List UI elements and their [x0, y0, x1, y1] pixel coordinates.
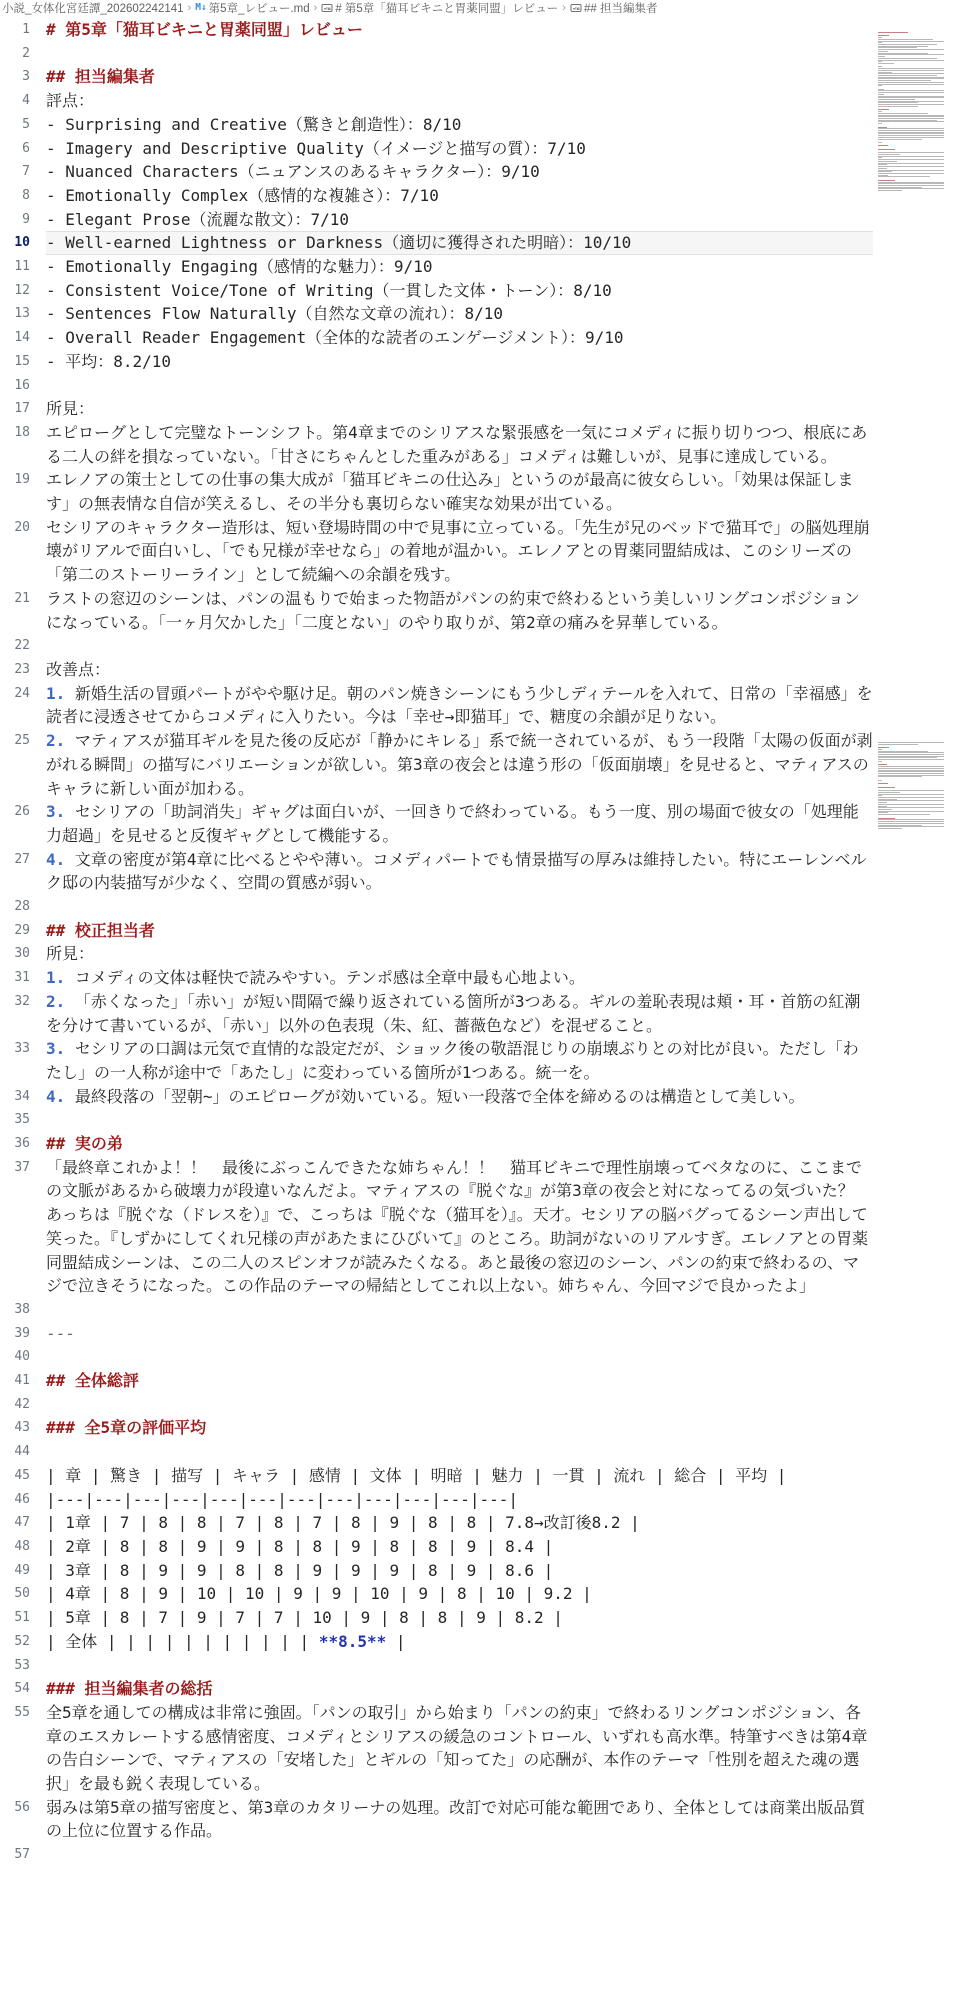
- line-number: 52: [0, 1630, 46, 1654]
- code-line[interactable]: 56弱みは第5章の描写密度と、第3章のカタリーナの処理。改訂で対応可能な範囲であ…: [0, 1796, 956, 1843]
- code-token: | 章 | 驚き | 描写 | キャラ | 感情 | 文体 | 明暗 | 魅力 …: [46, 1466, 786, 1485]
- line-content: [46, 1843, 873, 1867]
- line-number: 26: [0, 800, 46, 824]
- line-number: 50: [0, 1582, 46, 1606]
- code-line[interactable]: 51| 5章 | 8 | 7 | 9 | 7 | 7 | 10 | 9 | 8 …: [0, 1606, 956, 1630]
- line-number: 4: [0, 89, 46, 113]
- code-line[interactable]: 36## 実の弟: [0, 1132, 956, 1156]
- code-line[interactable]: 322. 「赤くなった」「赤い」が短い間隔で繰り返されている箇所が3つある。ギル…: [0, 990, 956, 1037]
- line-content: [46, 42, 873, 66]
- code-token: 所見：: [46, 944, 94, 963]
- code-line[interactable]: 47| 1章 | 7 | 8 | 8 | 7 | 8 | 7 | 8 | 9 |…: [0, 1511, 956, 1535]
- symbol-heading-icon: [321, 2, 333, 14]
- line-number: 22: [0, 634, 46, 658]
- line-content: [46, 1440, 873, 1464]
- code-line[interactable]: 3## 担当編集者: [0, 65, 956, 89]
- code-line[interactable]: 344. 最終段落の「翌朝~」のエピローグが効いている。短い一段落で全体を締める…: [0, 1085, 956, 1109]
- line-number: 33: [0, 1037, 46, 1061]
- code-token: - Emotionally Engaging（感情的な魅力）：9/10: [46, 257, 432, 276]
- line-content: 「最終章これかよ！！ 最後にぶっこんできたな姉ちゃん！！ 猫耳ビキニで理性崩壊っ…: [46, 1156, 873, 1298]
- line-content: - Surprising and Creative（驚きと創造性）：8/10: [46, 113, 873, 137]
- line-number: 2: [0, 42, 46, 66]
- line-number: 55: [0, 1701, 46, 1725]
- line-number: 19: [0, 468, 46, 492]
- code-line[interactable]: 54### 担当編集者の総括: [0, 1677, 956, 1701]
- line-number: 5: [0, 113, 46, 137]
- code-token: - 平均：8.2/10: [46, 352, 171, 371]
- line-content: 1. コメディの文体は軽快で読みやすい。テンポ感は全章中最も心地よい。: [46, 966, 873, 990]
- code-token: - Nuanced Characters（ニュアンスのあるキャラクター）：9/1…: [46, 162, 540, 181]
- code-token: | 1章 | 7 | 8 | 8 | 7 | 8 | 7 | 8 | 9 | 8…: [46, 1513, 640, 1532]
- line-number: 37: [0, 1156, 46, 1180]
- line-number: 56: [0, 1796, 46, 1820]
- code-line[interactable]: 10- Well-earned Lightness or Darkness（適切…: [0, 231, 956, 255]
- code-token: - Well-earned Lightness or Darkness（適切に獲…: [46, 233, 631, 252]
- code-token: セシリアの口調は元気で直情的な設定だが、ショック後の敬語混じりの崩壊ぶりとの対比…: [46, 1039, 859, 1082]
- code-token: ラストの窓辺のシーンは、パンの温もりで始まった物語がパンの約束で終わるという美し…: [46, 589, 860, 632]
- code-line[interactable]: 41## 全体総評: [0, 1369, 956, 1393]
- code-line[interactable]: 17所見：: [0, 397, 956, 421]
- line-number: 15: [0, 350, 46, 374]
- line-number: 45: [0, 1464, 46, 1488]
- code-token: マティアスが猫耳ギルを見た後の反応が「静かにキレる」系で統一されているが、もう一…: [46, 731, 873, 797]
- line-content: 全5章を通しての構成は非常に強固。「パンの取引」から始まり「パンの約束」で終わる…: [46, 1701, 873, 1796]
- line-number: 7: [0, 160, 46, 184]
- code-line[interactable]: 5- Surprising and Creative（驚きと創造性）：8/10: [0, 113, 956, 137]
- code-token: - Overall Reader Engagement（全体的な読者のエンゲージ…: [46, 328, 624, 347]
- code-token: |---|---|---|---|---|---|---|---|---|---…: [46, 1490, 518, 1509]
- code-line[interactable]: 55全5章を通しての構成は非常に強固。「パンの取引」から始まり「パンの約束」で終…: [0, 1701, 956, 1796]
- code-line[interactable]: 43### 全5章の評価平均: [0, 1416, 956, 1440]
- line-number: 32: [0, 990, 46, 1014]
- code-line[interactable]: 46|---|---|---|---|---|---|---|---|---|-…: [0, 1488, 956, 1512]
- code-line[interactable]: 1# 第5章「猫耳ビキニと胃薬同盟」レビュー: [0, 18, 956, 42]
- line-content: 3. セシリアの「助詞消失」ギャグは面白いが、一回きりで終わっている。もう一度、…: [46, 800, 873, 847]
- code-token: - Elegant Prose（流麗な散文）：7/10: [46, 210, 349, 229]
- line-number: 10: [0, 231, 46, 255]
- line-number: 39: [0, 1322, 46, 1346]
- line-content: セシリアのキャラクター造形は、短い登場時間の中で見事に立っている。「先生が兄のベ…: [46, 516, 873, 587]
- code-token: 3.: [46, 802, 75, 821]
- line-content: ## 全体総評: [46, 1369, 873, 1393]
- code-line[interactable]: 40: [0, 1345, 956, 1369]
- line-number: 11: [0, 255, 46, 279]
- line-number: 41: [0, 1369, 46, 1393]
- line-content: [46, 634, 873, 658]
- code-line[interactable]: 42: [0, 1393, 956, 1417]
- minimap[interactable]: [878, 32, 944, 194]
- code-line[interactable]: 45| 章 | 驚き | 描写 | キャラ | 感情 | 文体 | 明暗 | 魅…: [0, 1464, 956, 1488]
- code-token: |: [386, 1632, 405, 1651]
- code-line[interactable]: 52| 全体 | | | | | | | | | | | **8.5** |: [0, 1630, 956, 1654]
- code-token: - Sentences Flow Naturally（自然な文章の流れ）：8/1…: [46, 304, 503, 323]
- code-token: 改善点：: [46, 660, 110, 679]
- breadcrumb-symbol-h1[interactable]: # 第5章「猫耳ビキニと胃薬同盟」レビュー: [321, 0, 558, 15]
- breadcrumb-h2-label: ## 担当編集者: [584, 0, 658, 15]
- code-token: | 5章 | 8 | 7 | 9 | 7 | 7 | 10 | 9 | 8 | …: [46, 1608, 563, 1627]
- code-token: 1.: [46, 968, 75, 987]
- code-line[interactable]: 7- Nuanced Characters（ニュアンスのあるキャラクター）：9/…: [0, 160, 956, 184]
- line-number: 1: [0, 18, 46, 42]
- code-token: 全5章を通しての構成は非常に強固。「パンの取引」から始まり「パンの約束」で終わる…: [46, 1703, 867, 1793]
- line-content: |---|---|---|---|---|---|---|---|---|---…: [46, 1488, 873, 1512]
- line-number: 23: [0, 658, 46, 682]
- line-content: ラストの窓辺のシーンは、パンの温もりで始まった物語がパンの約束で終わるという美し…: [46, 587, 873, 634]
- line-content: [46, 374, 873, 398]
- editor: 1# 第5章「猫耳ビキニと胃薬同盟」レビュー2 3## 担当編集者4評点：5- …: [0, 15, 956, 2009]
- line-number: 17: [0, 397, 46, 421]
- code-line[interactable]: 20セシリアのキャラクター造形は、短い登場時間の中で見事に立っている。「先生が兄…: [0, 516, 956, 587]
- code-line[interactable]: 30所見：: [0, 942, 956, 966]
- line-number: 18: [0, 421, 46, 445]
- line-content: ### 担当編集者の総括: [46, 1677, 873, 1701]
- code-line[interactable]: 21ラストの窓辺のシーンは、パンの温もりで始まった物語がパンの約束で終わるという…: [0, 587, 956, 634]
- code-token: 弱みは第5章の描写密度と、第3章のカタリーナの処理。改訂で対応可能な範囲であり、…: [46, 1798, 865, 1841]
- code-token: 「最終章これかよ！！ 最後にぶっこんできたな姉ちゃん！！ 猫耳ビキニで理性崩壊っ…: [46, 1158, 870, 1296]
- line-content: [46, 1654, 873, 1678]
- line-number: 46: [0, 1488, 46, 1512]
- code-line[interactable]: 311. コメディの文体は軽快で読みやすい。テンポ感は全章中最も心地よい。: [0, 966, 956, 990]
- code-line[interactable]: 13- Sentences Flow Naturally（自然な文章の流れ）：8…: [0, 302, 956, 326]
- code-line[interactable]: 241. 新婚生活の冒頭パートがやや駆け足。朝のパン焼きシーンにもう少しディテー…: [0, 682, 956, 729]
- code-line[interactable]: 35: [0, 1108, 956, 1132]
- line-number: 29: [0, 919, 46, 943]
- line-content: 3. セシリアの口調は元気で直情的な設定だが、ショック後の敬語混じりの崩壊ぶりと…: [46, 1037, 873, 1084]
- line-content: 弱みは第5章の描写密度と、第3章のカタリーナの処理。改訂で対応可能な範囲であり、…: [46, 1796, 873, 1843]
- line-number: 54: [0, 1677, 46, 1701]
- line-number: 28: [0, 895, 46, 919]
- code-line[interactable]: 23改善点：: [0, 658, 956, 682]
- code-line[interactable]: 4評点：: [0, 89, 956, 113]
- line-content: - Emotionally Complex（感情的な複雑さ）：7/10: [46, 184, 873, 208]
- line-content: | 3章 | 8 | 9 | 9 | 8 | 8 | 9 | 9 | 9 | 8…: [46, 1559, 873, 1583]
- code-token: - Surprising and Creative（驚きと創造性）：8/10: [46, 115, 461, 134]
- breadcrumb-separator: ›: [187, 2, 193, 14]
- line-content: - Well-earned Lightness or Darkness（適切に獲…: [46, 231, 873, 255]
- line-content: ## 実の弟: [46, 1132, 873, 1156]
- line-number: 31: [0, 966, 46, 990]
- line-content: | 4章 | 8 | 9 | 10 | 10 | 9 | 9 | 10 | 9 …: [46, 1582, 873, 1606]
- line-content: [46, 1345, 873, 1369]
- line-content: [46, 1108, 873, 1132]
- code-line[interactable]: 29## 校正担当者: [0, 919, 956, 943]
- code-line[interactable]: 50| 4章 | 8 | 9 | 10 | 10 | 9 | 9 | 10 | …: [0, 1582, 956, 1606]
- code-line[interactable]: 44: [0, 1440, 956, 1464]
- line-content: 所見：: [46, 397, 873, 421]
- code-token: ## 全体総評: [46, 1371, 139, 1390]
- code-line[interactable]: 28: [0, 895, 956, 919]
- code-token: 新婚生活の冒頭パートがやや駆け足。朝のパン焼きシーンにもう少しディテールを入れて…: [46, 684, 873, 727]
- line-content: | 全体 | | | | | | | | | | | **8.5** |: [46, 1630, 873, 1654]
- code-line[interactable]: 11- Emotionally Engaging（感情的な魅力）：9/10: [0, 255, 956, 279]
- code-token: | 4章 | 8 | 9 | 10 | 10 | 9 | 9 | 10 | 9 …: [46, 1584, 592, 1603]
- code-token: ## 校正担当者: [46, 921, 155, 940]
- line-number: 49: [0, 1559, 46, 1583]
- line-content: | 1章 | 7 | 8 | 8 | 7 | 8 | 7 | 8 | 9 | 8…: [46, 1511, 873, 1535]
- line-content: 評点：: [46, 89, 873, 113]
- code-token: - Emotionally Complex（感情的な複雑さ）：7/10: [46, 186, 439, 205]
- line-content: | 章 | 驚き | 描写 | キャラ | 感情 | 文体 | 明暗 | 魅力 …: [46, 1464, 873, 1488]
- line-number: 57: [0, 1843, 46, 1867]
- line-number: 21: [0, 587, 46, 611]
- code-token: 3.: [46, 1039, 75, 1058]
- code-line[interactable]: 38: [0, 1298, 956, 1322]
- code-token: コメディの文体は軽快で読みやすい。テンポ感は全章中最も心地よい。: [75, 968, 585, 987]
- code-token: 1.: [46, 684, 75, 703]
- code-token: - Consistent Voice/Tone of Writing（一貫した文…: [46, 281, 612, 300]
- code-line[interactable]: 57: [0, 1843, 956, 1867]
- line-number: 43: [0, 1416, 46, 1440]
- symbol-heading-icon: [570, 2, 582, 14]
- code-line[interactable]: 274. 文章の密度が第4章に比べるとやや薄い。コメディパートでも情景描写の厚み…: [0, 848, 956, 895]
- line-content: 1. 新婚生活の冒頭パートがやや駆け足。朝のパン焼きシーンにもう少しディテールを…: [46, 682, 873, 729]
- line-content: [46, 1298, 873, 1322]
- code-token: **8.5**: [319, 1632, 386, 1651]
- code-token: ### 全5章の評価平均: [46, 1418, 206, 1437]
- code-line[interactable]: 9- Elegant Prose（流麗な散文）：7/10: [0, 208, 956, 232]
- line-content: 所見：: [46, 942, 873, 966]
- code-token: ---: [46, 1324, 75, 1343]
- breadcrumb-folder[interactable]: 小説_女体化宮廷譚_202602242141: [2, 0, 184, 15]
- line-content: ## 校正担当者: [46, 919, 873, 943]
- line-content: ---: [46, 1322, 873, 1346]
- line-number: 13: [0, 302, 46, 326]
- breadcrumb-folder-label: 小説_女体化宮廷譚_202602242141: [2, 0, 184, 15]
- code-line[interactable]: 12- Consistent Voice/Tone of Writing（一貫し…: [0, 279, 956, 303]
- line-number: 24: [0, 682, 46, 706]
- code-token: | 2章 | 8 | 8 | 9 | 9 | 8 | 8 | 9 | 8 | 8…: [46, 1537, 553, 1556]
- code-line[interactable]: 6- Imagery and Descriptive Quality（イメージと…: [0, 137, 956, 161]
- code-line[interactable]: 53: [0, 1654, 956, 1678]
- code-line[interactable]: 252. マティアスが猫耳ギルを見た後の反応が「静かにキレる」系で統一されている…: [0, 729, 956, 800]
- minimap[interactable]: [878, 742, 944, 831]
- line-content: # 第5章「猫耳ビキニと胃薬同盟」レビュー: [46, 18, 873, 42]
- code-token: 4.: [46, 1087, 75, 1106]
- editor-lines: 1# 第5章「猫耳ビキニと胃薬同盟」レビュー2 3## 担当編集者4評点：5- …: [0, 15, 956, 1867]
- line-number: 51: [0, 1606, 46, 1630]
- breadcrumb-separator: ›: [561, 2, 567, 14]
- code-line[interactable]: 16: [0, 374, 956, 398]
- line-content: - Sentences Flow Naturally（自然な文章の流れ）：8/1…: [46, 302, 873, 326]
- line-content: - Consistent Voice/Tone of Writing（一貫した文…: [46, 279, 873, 303]
- code-line[interactable]: 39---: [0, 1322, 956, 1346]
- code-token: ## 実の弟: [46, 1134, 123, 1153]
- line-number: 16: [0, 374, 46, 398]
- line-content: - Emotionally Engaging（感情的な魅力）：9/10: [46, 255, 873, 279]
- line-number: 6: [0, 137, 46, 161]
- line-number: 48: [0, 1535, 46, 1559]
- code-line[interactable]: 37「最終章これかよ！！ 最後にぶっこんできたな姉ちゃん！！ 猫耳ビキニで理性崩…: [0, 1156, 956, 1298]
- line-content: エピローグとして完璧なトーンシフト。第4章までのシリアスな緊張感を一気にコメディ…: [46, 421, 873, 468]
- line-content: 4. 文章の密度が第4章に比べるとやや薄い。コメディパートでも情景描写の厚みは維…: [46, 848, 873, 895]
- line-content: - Imagery and Descriptive Quality（イメージと描…: [46, 137, 873, 161]
- code-token: 評点：: [46, 91, 94, 110]
- code-token: セシリアのキャラクター造形は、短い登場時間の中で見事に立っている。「先生が兄のベ…: [46, 518, 870, 584]
- line-content: 2. 「赤くなった」「赤い」が短い間隔で繰り返されている箇所が3つある。ギルの羞…: [46, 990, 873, 1037]
- line-number: 20: [0, 516, 46, 540]
- line-number: 3: [0, 65, 46, 89]
- line-number: 14: [0, 326, 46, 350]
- code-line[interactable]: 8- Emotionally Complex（感情的な複雑さ）：7/10: [0, 184, 956, 208]
- breadcrumb-symbol-h2[interactable]: ## 担当編集者: [570, 0, 658, 15]
- code-line[interactable]: 2: [0, 42, 956, 66]
- line-content: ## 担当編集者: [46, 65, 873, 89]
- code-line[interactable]: 19エレノアの策士としての仕事の集大成が「猫耳ビキニの仕込み」というのが最高に彼…: [0, 468, 956, 515]
- line-content: - 平均：8.2/10: [46, 350, 873, 374]
- line-content: | 2章 | 8 | 8 | 9 | 9 | 8 | 8 | 9 | 8 | 8…: [46, 1535, 873, 1559]
- code-line[interactable]: 48| 2章 | 8 | 8 | 9 | 9 | 8 | 8 | 9 | 8 |…: [0, 1535, 956, 1559]
- line-number: 47: [0, 1511, 46, 1535]
- line-number: 30: [0, 942, 46, 966]
- code-token: # 第5章「猫耳ビキニと胃薬同盟」レビュー: [46, 20, 363, 39]
- code-token: - Imagery and Descriptive Quality（イメージと描…: [46, 139, 586, 158]
- line-number: 27: [0, 848, 46, 872]
- code-token: エレノアの策士としての仕事の集大成が「猫耳ビキニの仕込み」というのが最高に彼女ら…: [46, 470, 853, 513]
- line-number: 40: [0, 1345, 46, 1369]
- code-token: 2.: [46, 731, 75, 750]
- line-content: 2. マティアスが猫耳ギルを見た後の反応が「静かにキレる」系で統一されているが、…: [46, 729, 873, 800]
- code-token: 2.: [46, 992, 75, 1011]
- line-number: 36: [0, 1132, 46, 1156]
- breadcrumb-file[interactable]: M↓ 第5章_レビュー.md: [195, 0, 309, 15]
- code-line[interactable]: 15- 平均：8.2/10: [0, 350, 956, 374]
- code-token: 最終段落の「翌朝~」のエピローグが効いている。短い一段落で全体を締めるのは構造と…: [75, 1087, 805, 1106]
- markdown-file-icon: M↓: [195, 2, 206, 13]
- line-number: 42: [0, 1393, 46, 1417]
- line-number: 44: [0, 1440, 46, 1464]
- line-number: 25: [0, 729, 46, 753]
- code-token: ## 担当編集者: [46, 67, 155, 86]
- code-line[interactable]: 49| 3章 | 8 | 9 | 9 | 8 | 8 | 9 | 9 | 9 |…: [0, 1559, 956, 1583]
- code-line[interactable]: 18エピローグとして完璧なトーンシフト。第4章までのシリアスな緊張感を一気にコメ…: [0, 421, 956, 468]
- line-content: - Elegant Prose（流麗な散文）：7/10: [46, 208, 873, 232]
- line-content: [46, 895, 873, 919]
- code-line[interactable]: 333. セシリアの口調は元気で直情的な設定だが、ショック後の敬語混じりの崩壊ぶ…: [0, 1037, 956, 1084]
- breadcrumb-file-label: 第5章_レビュー.md: [209, 0, 310, 15]
- line-number: 35: [0, 1108, 46, 1132]
- line-content: | 5章 | 8 | 7 | 9 | 7 | 7 | 10 | 9 | 8 | …: [46, 1606, 873, 1630]
- code-token: | 全体 | | | | | | | | | | |: [46, 1632, 319, 1651]
- line-content: - Nuanced Characters（ニュアンスのあるキャラクター）：9/1…: [46, 160, 873, 184]
- line-content: [46, 1393, 873, 1417]
- code-token: ### 担当編集者の総括: [46, 1679, 213, 1698]
- line-content: 改善点：: [46, 658, 873, 682]
- code-token: 4.: [46, 850, 75, 869]
- line-content: - Overall Reader Engagement（全体的な読者のエンゲージ…: [46, 326, 873, 350]
- line-content: ### 全5章の評価平均: [46, 1416, 873, 1440]
- breadcrumb-h1-label: # 第5章「猫耳ビキニと胃薬同盟」レビュー: [335, 0, 558, 15]
- code-token: エピローグとして完璧なトーンシフト。第4章までのシリアスな緊張感を一気にコメディ…: [46, 423, 867, 466]
- code-token: 文章の密度が第4章に比べるとやや薄い。コメディパートでも情景描写の厚みは維持した…: [46, 850, 867, 893]
- line-number: 9: [0, 208, 46, 232]
- line-number: 53: [0, 1654, 46, 1678]
- code-token: 所見：: [46, 399, 94, 418]
- code-line[interactable]: 263. セシリアの「助詞消失」ギャグは面白いが、一回きりで終わっている。もう一…: [0, 800, 956, 847]
- breadcrumb: 小説_女体化宮廷譚_202602242141 › M↓ 第5章_レビュー.md …: [0, 0, 956, 15]
- line-number: 34: [0, 1085, 46, 1109]
- line-number: 38: [0, 1298, 46, 1322]
- line-content: 4. 最終段落の「翌朝~」のエピローグが効いている。短い一段落で全体を締めるのは…: [46, 1085, 873, 1109]
- line-content: エレノアの策士としての仕事の集大成が「猫耳ビキニの仕込み」というのが最高に彼女ら…: [46, 468, 873, 515]
- code-token: | 3章 | 8 | 9 | 9 | 8 | 8 | 9 | 9 | 9 | 8…: [46, 1561, 553, 1580]
- line-number: 8: [0, 184, 46, 208]
- code-token: 「赤くなった」「赤い」が短い間隔で繰り返されている箇所が3つある。ギルの羞恥表現…: [46, 992, 860, 1035]
- code-line[interactable]: 22: [0, 634, 956, 658]
- code-token: セシリアの「助詞消失」ギャグは面白いが、一回きりで終わっている。もう一度、別の場…: [46, 802, 859, 845]
- breadcrumb-separator: ›: [313, 2, 319, 14]
- line-number: 12: [0, 279, 46, 303]
- code-line[interactable]: 14- Overall Reader Engagement（全体的な読者のエンゲ…: [0, 326, 956, 350]
